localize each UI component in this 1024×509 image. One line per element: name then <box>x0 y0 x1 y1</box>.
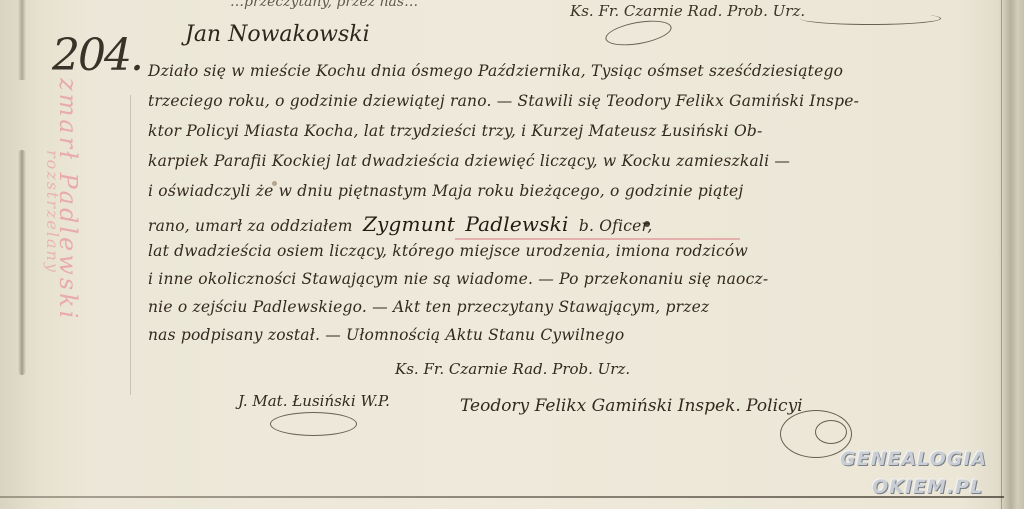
binding-shadow-top <box>18 0 26 80</box>
signature-flourish <box>815 420 847 444</box>
previous-entry-fragment: …przeczytany, przez nas… <box>230 0 418 10</box>
witness-signature: J. Mat. Łusiński W.P. <box>238 392 390 410</box>
record-line-2: trzeciego roku, o godzinie dziewiątej ra… <box>148 92 859 110</box>
scanned-page: …przeczytany, przez nas… Ks. Fr. Czarnie… <box>0 0 1024 509</box>
deceased-first-name: Zygmunt <box>363 212 455 236</box>
record-line-5: i oświadczyli że w dniu piętnastym Maja … <box>148 182 743 200</box>
entry-number: 204. <box>52 30 142 81</box>
ink-spot <box>644 221 650 227</box>
record-line-9: nie o zejściu Padlewskiego. — Akt ten pr… <box>148 298 709 316</box>
signature-flourish <box>270 412 357 436</box>
record-line-10: nas podpisany został. — Ułomnością Aktu … <box>148 326 624 344</box>
signature-flourish <box>604 16 674 49</box>
page-edge <box>1001 0 1024 509</box>
deceased-title: b. Oficer, <box>579 217 653 235</box>
watermark-line-1: GENEALOGIA <box>840 448 987 470</box>
record-line-7: lat dwadzieścia osiem liczący, którego m… <box>148 242 748 260</box>
ink-spot <box>272 181 277 186</box>
watermark-line-2: OKIEM.PL <box>872 476 983 498</box>
record-line-8: i inne okoliczności Stawającym nie są wi… <box>148 270 768 288</box>
red-margin-note: rozstrzelany <box>43 150 62 274</box>
record-line-3: ktor Policyi Miasta Kocha, lat trzydzieś… <box>148 122 762 140</box>
deceased-last-name: Padlewski <box>465 212 568 236</box>
binding-shadow <box>18 150 26 375</box>
entry-heading-name: Jan Nowakowski <box>185 22 370 47</box>
record-line-4: karpiek Parafii Kockiej lat dwadzieścia … <box>148 152 790 170</box>
signature-flourish <box>800 12 941 25</box>
record-line-1: Działo się w mieście Kochu dnia ósmego P… <box>148 62 843 80</box>
margin-rule-line <box>130 95 131 395</box>
closing-signature: Ks. Fr. Czarnie Rad. Prob. Urz. <box>395 360 630 378</box>
record-line-6: rano, umarł za oddziałem Zygmunt Padlews… <box>148 212 653 236</box>
previous-entry-signature: Ks. Fr. Czarnie Rad. Prob. Urz. <box>570 2 805 20</box>
red-pencil-underline <box>455 238 740 240</box>
record-line-6-prefix: rano, umarł za oddziałem <box>148 217 363 235</box>
official-signature: Teodory Felikx Gamiński Inspek. Policyi <box>460 396 803 416</box>
bottom-page-edge <box>0 496 1004 498</box>
